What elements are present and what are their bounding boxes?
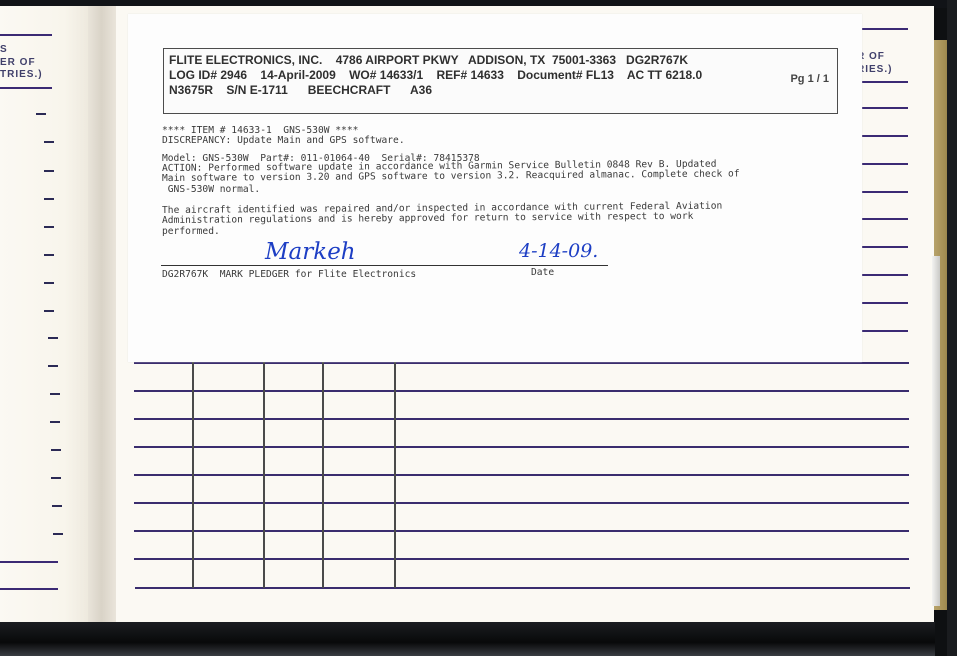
right-heading-rule-top <box>860 28 908 30</box>
aircraft-make: BEECHCRAFT <box>308 83 391 97</box>
ref-number: REF# 14633 <box>437 68 504 82</box>
company-city: ADDISON, TX 75001-3363 <box>468 53 616 67</box>
right-page-rule <box>860 163 908 165</box>
left-margin-tick <box>44 254 54 256</box>
work-order-header: FLITE ELECTRONICS, INC. 4786 AIRPORT PKW… <box>163 48 838 114</box>
repair-station-id: DG2R767K <box>626 53 688 67</box>
right-page-rule <box>860 191 908 193</box>
book-gutter <box>88 6 118 628</box>
right-page-rule <box>860 302 908 304</box>
certification-line: performed. <box>162 227 220 237</box>
book-cover-edge <box>947 0 957 656</box>
right-page-rule <box>860 246 908 248</box>
log-date: 14-April-2009 <box>260 68 335 82</box>
aircraft-model: A36 <box>410 83 432 97</box>
right-page-rule <box>860 330 908 332</box>
left-page-rule <box>0 588 58 590</box>
table-column-line <box>322 362 324 588</box>
table-row-line <box>134 558 909 560</box>
left-margin-tick <box>44 198 54 200</box>
left-logbook-page <box>0 6 92 628</box>
page-indicator: Pg 1 / 1 <box>790 73 829 85</box>
company-name: FLITE ELECTRONICS, INC. <box>169 53 322 67</box>
left-margin-tick <box>50 393 60 395</box>
aircraft-total-time: AC TT 6218.0 <box>627 68 702 82</box>
left-margin-tick <box>52 505 62 507</box>
left-margin-tick <box>53 533 63 535</box>
right-heading-rule-bottom <box>860 81 908 83</box>
header-line-1: FLITE ELECTRONICS, INC. 4786 AIRPORT PKW… <box>169 53 688 67</box>
table-row-line <box>134 530 909 532</box>
aircraft-serial: S/N E-1711 <box>226 83 287 97</box>
header-line-3: N3675R S/N E-1711 BEECHCRAFT A36 <box>169 83 432 97</box>
left-margin-tick <box>51 449 61 451</box>
left-margin-tick <box>44 310 54 312</box>
right-page-rule <box>860 107 908 109</box>
right-heading-fragment: RIES.) <box>857 64 892 76</box>
table-column-line <box>263 362 265 588</box>
left-heading-rule-top <box>0 34 52 36</box>
left-margin-tick <box>36 113 46 115</box>
table-row-line <box>134 390 909 392</box>
table-row-line <box>134 502 909 504</box>
handwritten-signature: Markeh <box>265 239 356 265</box>
discrepancy-line: DISCREPANCY: Update Main and GPS softwar… <box>162 136 405 146</box>
signer-line: DG2R767K MARK PLEDGER for Flite Electron… <box>162 270 416 280</box>
left-margin-tick <box>48 337 58 339</box>
work-order-number: WO# 14633/1 <box>349 68 423 82</box>
company-address: 4786 AIRPORT PKWY <box>336 53 459 67</box>
table-row-line <box>134 362 909 364</box>
left-margin-tick <box>44 141 54 143</box>
left-page-rule <box>0 561 58 563</box>
left-margin-tick <box>50 421 60 423</box>
right-page-rule <box>860 218 908 220</box>
table-row-line <box>135 587 910 589</box>
left-margin-tick <box>51 477 61 479</box>
right-page-rule <box>860 135 908 137</box>
table-row-line <box>134 474 909 476</box>
signature-line <box>161 265 608 266</box>
left-margin-tick <box>44 170 54 172</box>
left-margin-tick <box>44 282 54 284</box>
document-number: Document# FL13 <box>517 68 614 82</box>
log-id: LOG ID# 2946 <box>169 68 247 82</box>
date-label: Date <box>531 268 554 278</box>
right-page-rule <box>860 274 908 276</box>
left-heading-fragment: S <box>0 44 8 56</box>
table-column-line <box>394 362 396 588</box>
action-line: GNS-530W normal. <box>162 185 260 195</box>
left-margin-tick <box>48 365 58 367</box>
tail-number: N3675R <box>169 83 213 97</box>
handwritten-date: 4-14-09. <box>519 240 598 262</box>
table-row-line <box>134 418 909 420</box>
page-edge <box>932 256 940 606</box>
table-column-line <box>192 362 194 588</box>
table-row-line <box>134 446 909 448</box>
left-heading-rule-bottom <box>0 87 52 89</box>
book-bottom-edge <box>0 622 935 656</box>
left-margin-tick <box>44 226 54 228</box>
left-heading-fragment: TRIES.) <box>0 69 43 81</box>
left-heading-fragment: ER OF <box>0 57 36 69</box>
header-line-2: LOG ID# 2946 14-April-2009 WO# 14633/1 R… <box>169 68 702 82</box>
